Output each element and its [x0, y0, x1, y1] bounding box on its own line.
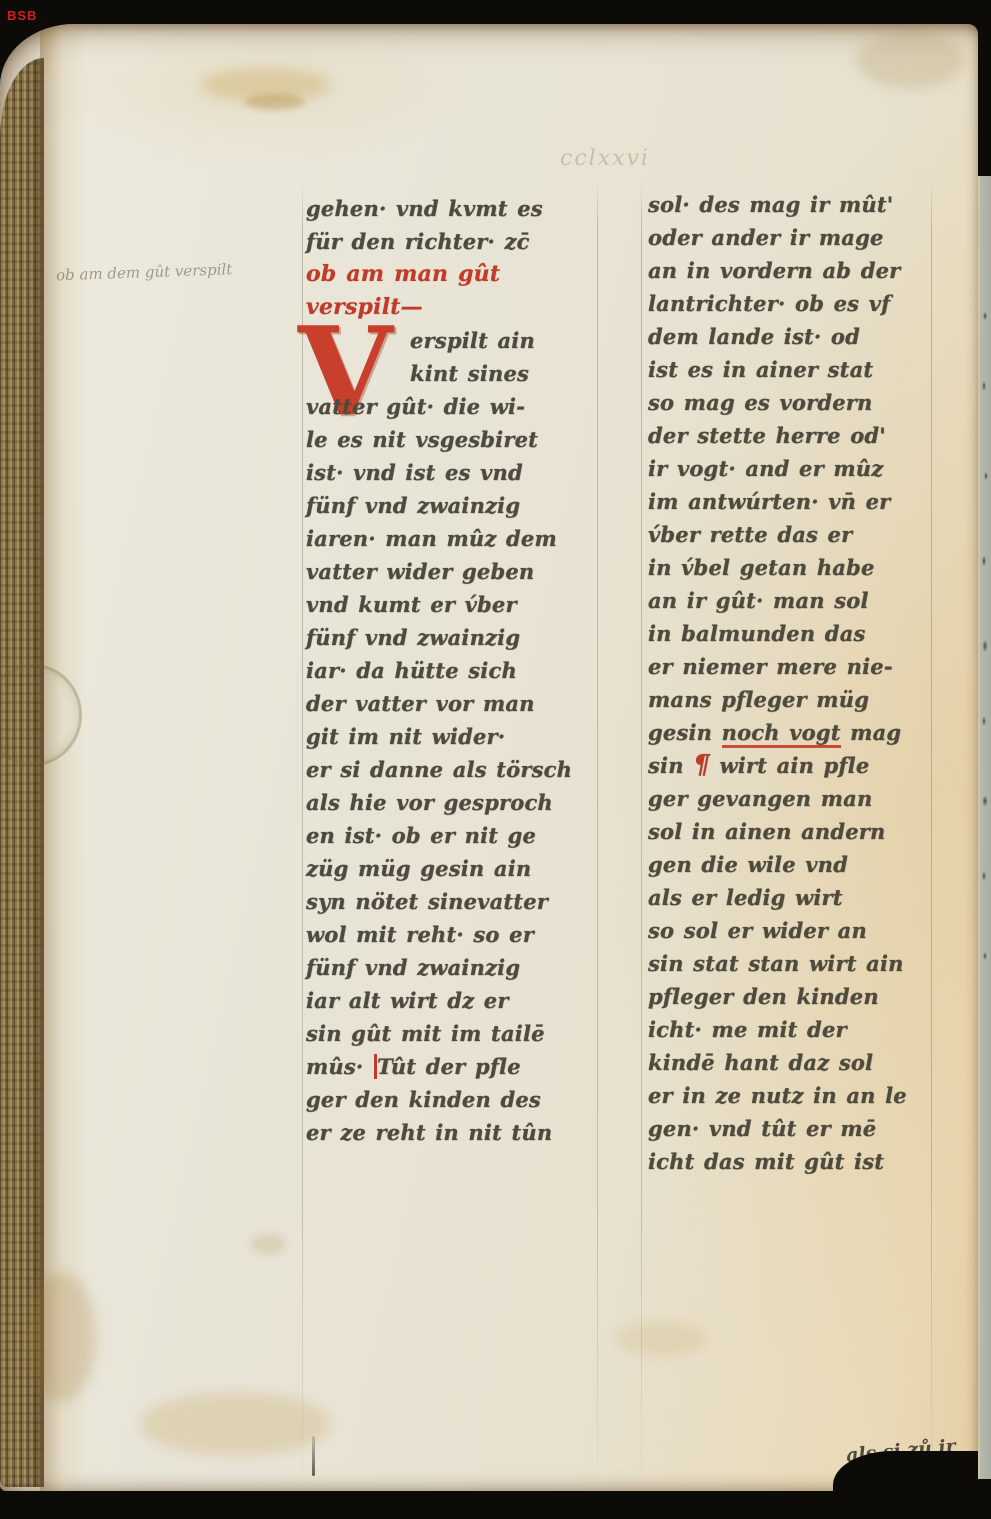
text-line: ger gevangen man [648, 782, 948, 815]
text-line: oder ander ir mage [648, 221, 948, 254]
stain [26, 1272, 96, 1402]
facing-page-sliver [978, 176, 991, 1479]
text-line: züg müg gesin ain [306, 852, 606, 885]
text-line: git im nit wider· [306, 720, 606, 753]
text-line: in v́bel getan habe [648, 551, 948, 584]
text-line: ist es in ainer stat [648, 353, 948, 386]
text-line: vatter gût· die wi- [306, 390, 606, 423]
text-line: fünf vnd zwainzig [306, 621, 606, 654]
manuscript-scan: { "library_stamp": { "label": "BSB" }, "… [0, 0, 991, 1519]
text-line: sol in ainen andern [648, 815, 948, 848]
text-line: sin ¶ wirt ain pfle [648, 749, 948, 782]
crease-mark [312, 1436, 315, 1476]
text-run: mûs· [306, 1054, 373, 1079]
text-line: lantrichter· ob es vf [648, 287, 948, 320]
text-line: icht· me mit der [648, 1013, 948, 1046]
text-line: er si danne als törsch [306, 753, 606, 786]
text-line: der stette herre od' [648, 419, 948, 452]
text-line: sol· des mag ir mût' [648, 188, 948, 221]
text-column-left: gehen· vnd kvmt esfür den richter· zc̄ob… [306, 192, 606, 1149]
folio-number: cclxxvi [560, 146, 650, 171]
text-run: ût der pfle [391, 1054, 521, 1079]
text-line: ir vogt· and er mûz [648, 452, 948, 485]
stain [245, 94, 305, 110]
red-touched-capital: T [374, 1054, 391, 1079]
text-line: er niemer mere nie- [648, 650, 948, 683]
text-line: le es nit vsgesbiret [306, 423, 606, 456]
text-line: iaren· man mûz dem [306, 522, 606, 555]
text-run: gesin [648, 720, 722, 745]
bottom-right-border [833, 1451, 991, 1495]
text-line: vnd kumt er v́ber [306, 588, 606, 621]
text-line: icht das mit gût ist [648, 1145, 948, 1178]
text-line: wol mit reht· so er [306, 918, 606, 951]
rubric-heading-line: ob am man gût [306, 258, 606, 291]
text-line: gen· vnd tût er mē [648, 1112, 948, 1145]
text-line: in balmunden das [648, 617, 948, 650]
text-line: pfleger den kinden [648, 980, 948, 1013]
text-line: fünf vnd zwainzig [306, 489, 606, 522]
text-line: iar· da hütte sich [306, 654, 606, 687]
text-run: mag [841, 720, 902, 745]
text-line: als hie vor gesproch [306, 786, 606, 819]
text-line: syn nötet sinevatter [306, 885, 606, 918]
margin-gloss: ob am dem gût verspilt [56, 258, 306, 285]
text-line: gehen· vnd kvmt es [306, 192, 606, 225]
text-line: an in vordern ab der [648, 254, 948, 287]
text-line: so sol er wider an [648, 914, 948, 947]
red-underlined-text: noch vogt [722, 720, 841, 748]
text-line: erspilt ain [306, 324, 606, 357]
text-line: er ze reht in nit tûn [306, 1116, 606, 1149]
text-line: an ir gût· man sol [648, 584, 948, 617]
text-line: sin stat stan wirt ain [648, 947, 948, 980]
text-line: gen die wile vnd [648, 848, 948, 881]
text-run: sin [648, 753, 693, 778]
text-line: iar alt wirt dz er [306, 984, 606, 1017]
stain [856, 32, 966, 88]
text-run: wirt ain pfle [710, 753, 869, 778]
text-line: fünf vnd zwainzig [306, 951, 606, 984]
text-line: dem lande ist· od [648, 320, 948, 353]
stain [616, 1322, 706, 1356]
text-line: v́ber rette das er [648, 518, 948, 551]
text-line: kint sines [306, 357, 606, 390]
text-line: mûs· Tût der pfle [306, 1050, 606, 1083]
text-line: kindē hant daz sol [648, 1046, 948, 1079]
text-line: sin gût mit im tailē [306, 1017, 606, 1050]
text-line: gesin noch vogt mag [648, 716, 948, 749]
library-stamp: BSB [7, 8, 37, 23]
text-column-right: sol· des mag ir mût'oder ander ir magean… [648, 188, 948, 1178]
text-line: en ist· ob er nit ge [306, 819, 606, 852]
manuscript-page: cclxxvi ob am dem gût verspilt V gehen· … [0, 24, 978, 1491]
text-line: im antwúrten· vn̄ er [648, 485, 948, 518]
pilcrow-mark: ¶ [693, 750, 710, 780]
text-line: ger den kinden des [306, 1083, 606, 1116]
stain [250, 1234, 286, 1254]
text-line: ist· vnd ist es vnd [306, 456, 606, 489]
book-binding-edge [0, 58, 44, 1487]
text-line: der vatter vor man [306, 687, 606, 720]
text-line: mans pfleger müg [648, 683, 948, 716]
text-line: so mag es vordern [648, 386, 948, 419]
text-line: vatter wider geben [306, 555, 606, 588]
ruling-line [641, 180, 642, 1472]
text-line: für den richter· zc̄ [306, 225, 606, 258]
rubric-heading-line: verspilt— [306, 291, 606, 324]
text-line: als er ledig wirt [648, 881, 948, 914]
text-line: er in ze nutz in an le [648, 1079, 948, 1112]
